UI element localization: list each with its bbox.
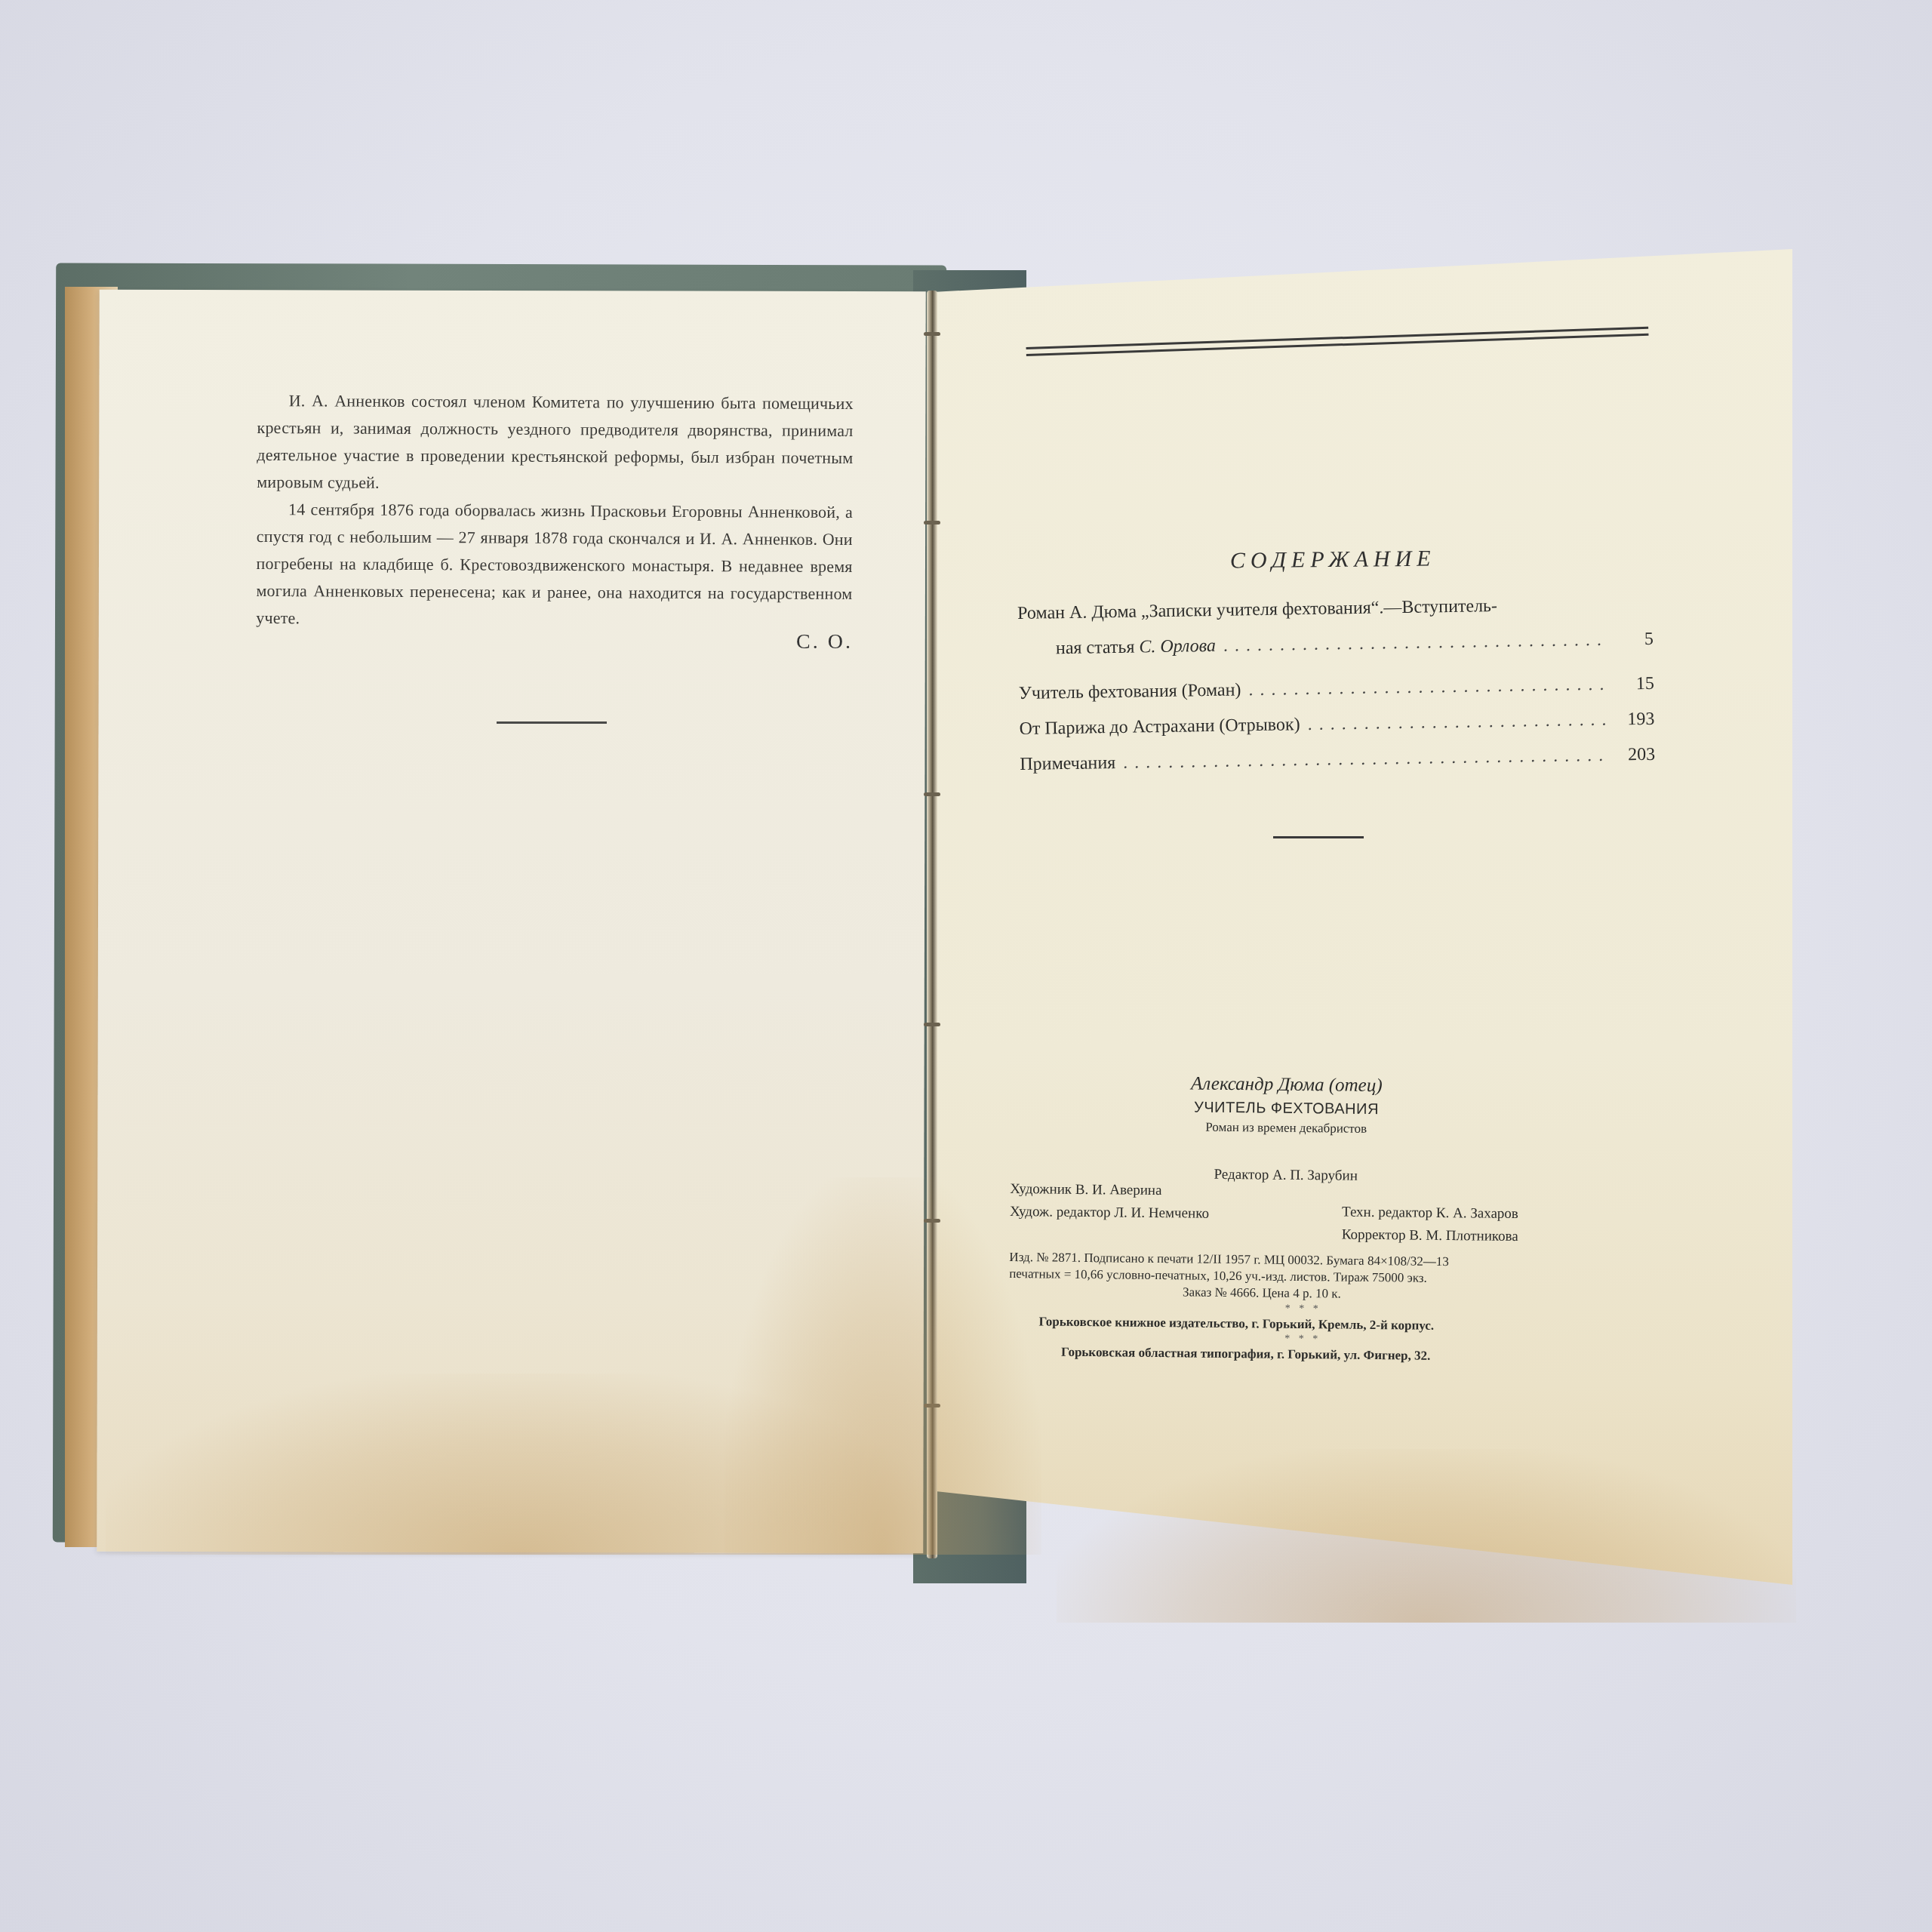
editor-credit: Редактор А. П. Зарубин	[1214, 1165, 1358, 1186]
toc-entry: Роман А. Дюма „Записки учителя фехтовани…	[1017, 594, 1654, 669]
toc-entry-title-cont: ная статья С. Орлова	[1056, 636, 1216, 659]
binding-stitch	[924, 332, 940, 336]
toc-page-number: 203	[1617, 745, 1655, 766]
binding-stitch	[924, 1219, 940, 1223]
binding-stitch	[924, 1404, 940, 1407]
toc-page-number: 5	[1616, 629, 1654, 651]
colophon: Александр Дюма (отец) УЧИТЕЛЬ ФЕХТОВАНИЯ…	[1008, 1072, 1660, 1366]
toc-page-number: 193	[1617, 709, 1654, 731]
toc-entry-author: С. Орлова	[1139, 636, 1216, 657]
art-editor-credit: Худож. редактор Л. И. Немченко	[1010, 1202, 1209, 1223]
binding-stitch	[924, 792, 940, 796]
paragraph: И. А. Анненков состоял членом Комитета п…	[257, 387, 854, 499]
binding-stitch	[924, 521, 940, 525]
binding-stitch	[924, 1023, 940, 1026]
toc-entry-text: ная статья	[1056, 638, 1135, 659]
table-of-contents: Роман А. Дюма „Записки учителя фехтовани…	[1017, 594, 1655, 775]
toc-entry-title: Учитель фехтования (Роман)	[1019, 680, 1241, 704]
right-page	[936, 249, 1792, 1585]
proofreader-credit: Корректор В. М. Плотникова	[1342, 1226, 1518, 1246]
section-divider	[1273, 836, 1364, 838]
book-gutter	[927, 291, 937, 1558]
publication-details: Изд. № 2871. Подписано к печати 12/II 19…	[1009, 1249, 1659, 1306]
toc-entry-title: Примечания	[1020, 753, 1115, 775]
credits-block: Редактор А. П. Зарубин Художник В. И. Ав…	[1010, 1163, 1660, 1253]
section-divider	[497, 721, 607, 724]
left-page-body: И. А. Анненков состоял членом Комитета п…	[256, 387, 854, 635]
toc-heading: СОДЕРЖАНИЕ	[1230, 546, 1436, 574]
leader-dots: ........................................…	[1223, 630, 1608, 657]
paragraph: 14 сентября 1876 года оборвалась жизнь П…	[256, 496, 853, 635]
tech-editor-credit: Техн. редактор К. А. Захаров	[1342, 1203, 1518, 1223]
author-initials: С. О.	[796, 630, 853, 654]
artist-credit: Художник В. И. Аверина	[1010, 1180, 1161, 1200]
toc-page-number: 15	[1617, 674, 1654, 695]
